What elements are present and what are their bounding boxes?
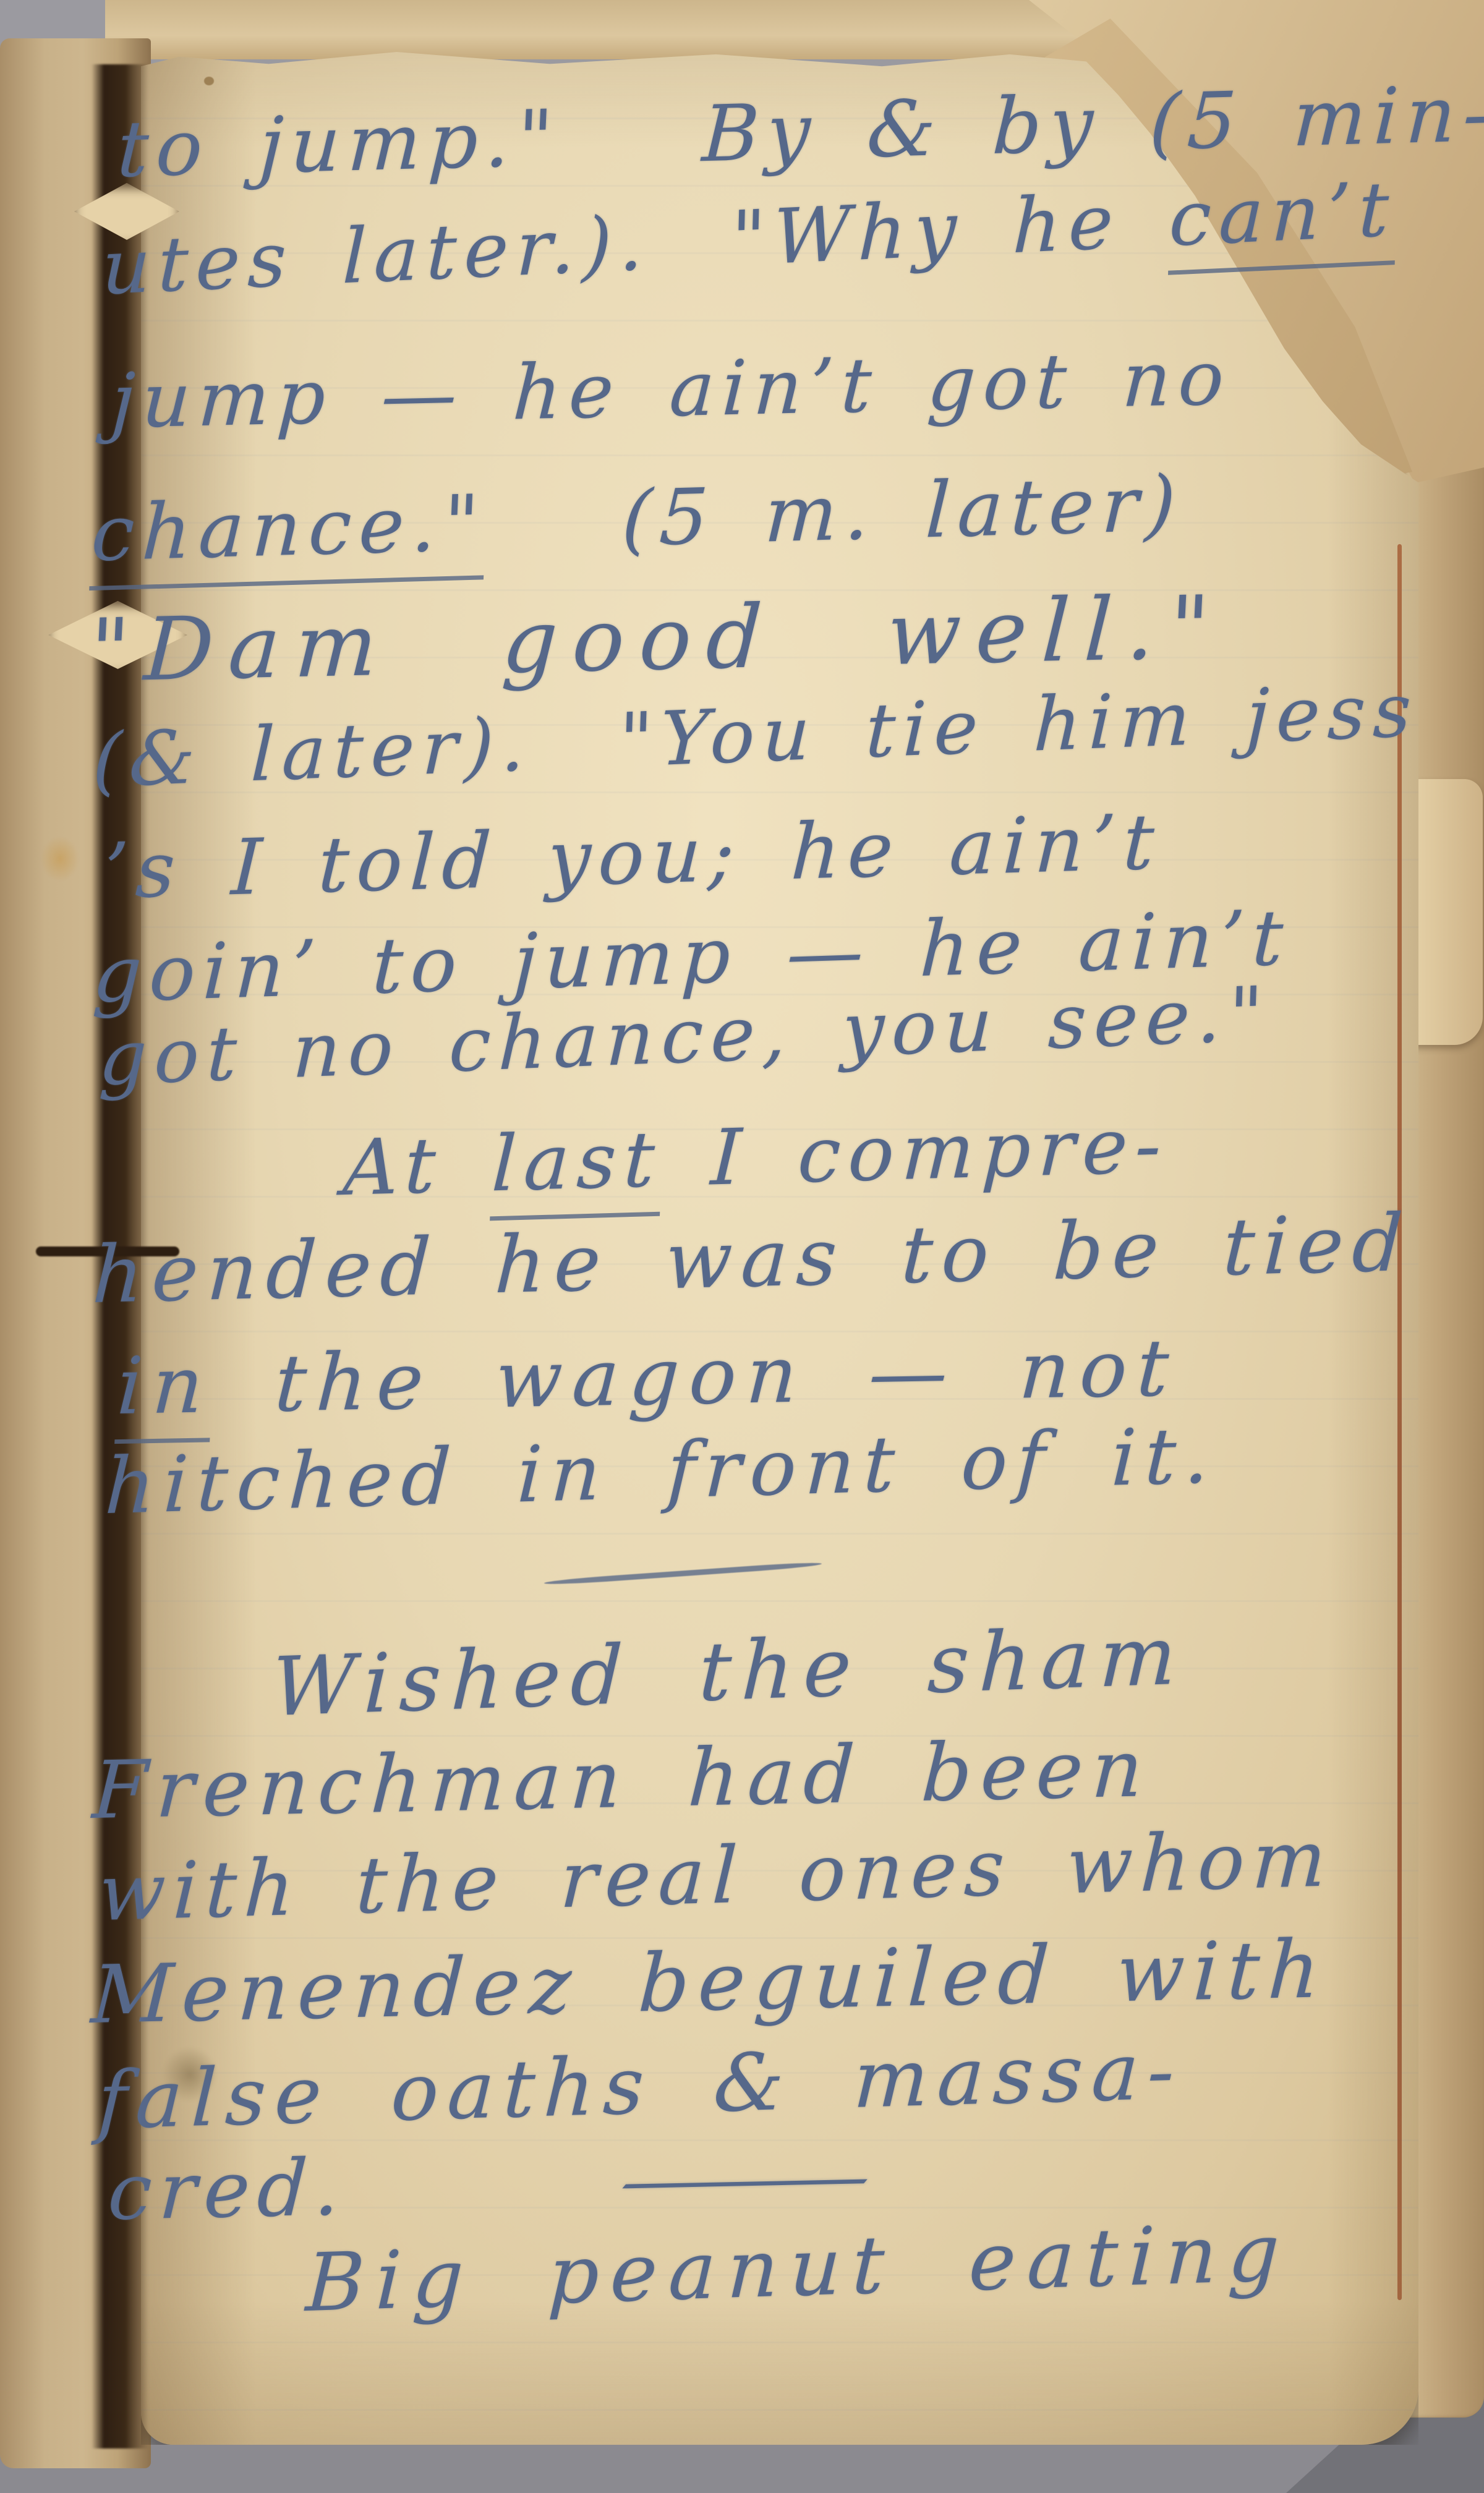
manuscript-line-10-seg-0: At (341, 1120, 494, 1213)
manuscript-line-2-seg-1: "Why he (730, 175, 1170, 283)
manuscript-line-15: Wished the sham (270, 1608, 1187, 1734)
manuscript-line-2-seg-2: can’t (1168, 165, 1397, 275)
manuscript-line-15-seg-0: Wished the sham (270, 1608, 1187, 1734)
manuscript-line-3: jump — he ain’t got no (109, 334, 1234, 445)
manuscript-line-1-seg-0: to jump." (116, 93, 562, 195)
manuscript-line-7-seg-0: ’s I told you; he ain’t (102, 798, 1163, 916)
manuscript-line-20: cred.— (106, 2134, 700, 2238)
manuscript-line-6-seg-0: (& later). (92, 702, 534, 805)
manuscript-line-7: ’s I told you; he ain’t (102, 798, 1163, 916)
manuscript-line-4-seg-1: (5 m. later) (620, 459, 1185, 565)
manuscript-line-10-seg-1: last (490, 1115, 664, 1221)
manuscript-line-16-seg-0: Frenchman had been (90, 1723, 1153, 1837)
notebook-photo: to jump."By & by (5 min-utes later.)."Wh… (0, 0, 1484, 2493)
manuscript-line-11: hended he was to be tied (91, 1197, 1414, 1321)
manuscript-line-4-seg-0: chance." (89, 479, 488, 590)
manuscript-line-2-seg-0: utes later.). (101, 199, 652, 312)
manuscript-line-1-seg-1: By & by (5 min- (701, 69, 1484, 179)
manuscript-line-16: Frenchman had been (90, 1723, 1153, 1837)
manuscript-line-11-seg-0: hended he was to be tied (91, 1197, 1414, 1321)
manuscript-line-20-seg-0: cred. (106, 2142, 349, 2238)
manuscript-line-18-seg-0: Menendez beguiled with (89, 1923, 1330, 2042)
manuscript-line-4: chance."(5 m. later) (90, 459, 1185, 579)
manuscript-line-12: in the wagon — not (115, 1322, 1181, 1432)
manuscript-line-18: Menendez beguiled with (89, 1923, 1330, 2042)
manuscript-line-20-seg-1: — (611, 2139, 905, 2218)
section-rule (544, 1561, 822, 1586)
manuscript: to jump."By & by (5 min-utes later.)."Wh… (0, 0, 1484, 2493)
manuscript-line-19-seg-0: false oaths & massa- (96, 2025, 1185, 2147)
manuscript-line-12-seg-1: the wagon — not (211, 1322, 1181, 1430)
manuscript-line-3-seg-0: jump — he ain’t got no (109, 334, 1234, 445)
manuscript-line-19: false oaths & massa- (96, 2025, 1185, 2147)
manuscript-line-10: At last I compre- (341, 1101, 1171, 1214)
manuscript-line-10-seg-2: I compre- (660, 1101, 1170, 1204)
manuscript-line-12-seg-0: in (114, 1339, 215, 1444)
